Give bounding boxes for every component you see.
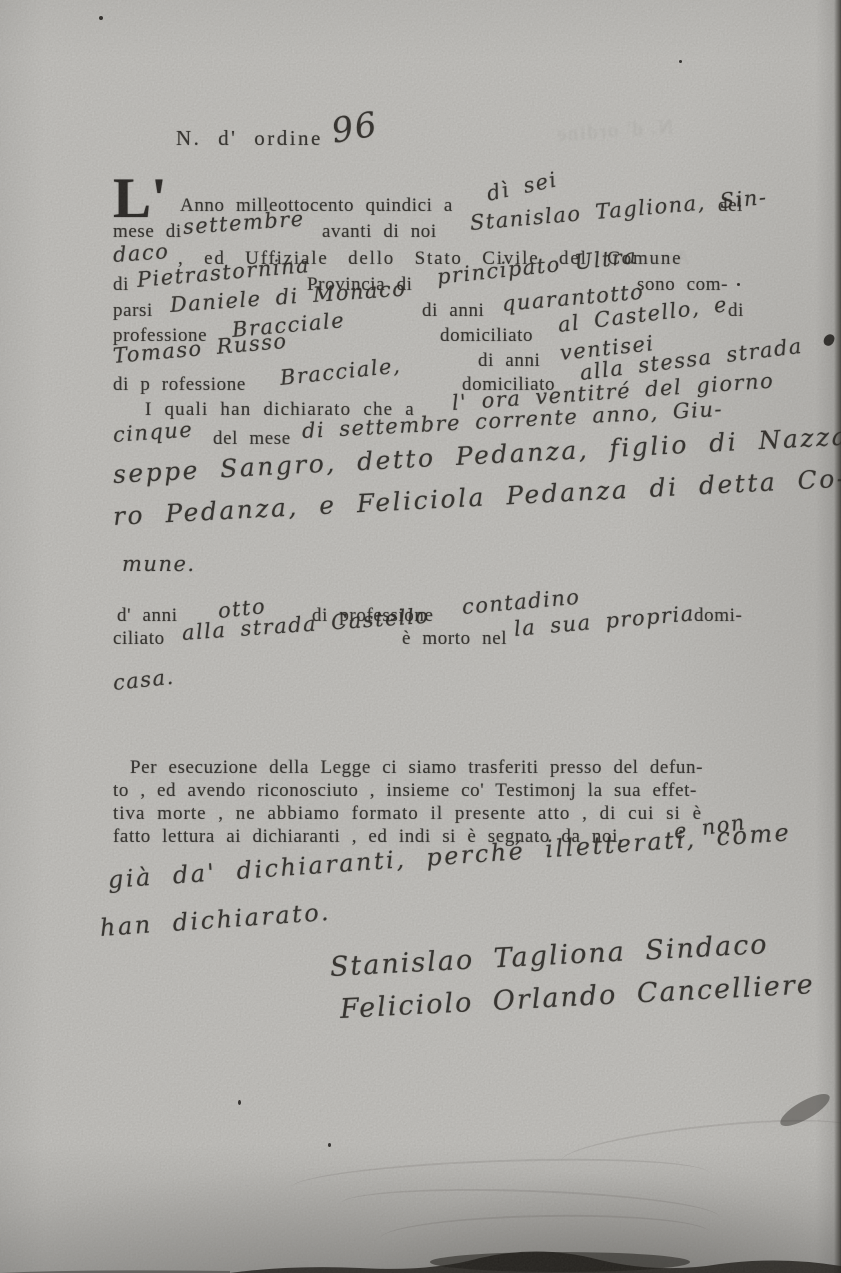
closing-line1-print: Per esecuzione della Legge ci siamo tras… (130, 757, 703, 779)
act-line16-handwritten-casa: casa. (112, 665, 176, 695)
act-line5-print-di: di (728, 300, 744, 322)
page-right-edge-shadow (834, 0, 841, 1273)
bleedthrough-ghost-text: N. d' ordine (554, 116, 673, 147)
act-line8-handwritten-profession2: Bracciale, (279, 353, 402, 390)
act-line14-print-danni: d' anni (117, 605, 178, 627)
act-line10-print-delmese: del mese (213, 428, 291, 450)
act-line13-handwritten-mune: mune. (122, 552, 196, 576)
ink-speck (679, 60, 682, 63)
act-line3-handwritten-daco: daco (112, 239, 170, 267)
act-line10-handwritten-day: cinque (112, 417, 194, 447)
order-number-value-handwritten: 96 (329, 104, 382, 151)
dropcap-initial: L' (113, 170, 167, 227)
act-line4-print-di: di (113, 274, 129, 296)
act-line5-print-dianni: di anni (422, 300, 484, 322)
closing-line3-print: tiva morte , ne abbiamo formato il prese… (113, 803, 702, 825)
act-line6-print-domiciliato: domiciliato (440, 325, 533, 347)
order-number-label: N. d' ordine (176, 126, 323, 151)
ink-speck (99, 16, 103, 20)
ink-speck (328, 1143, 331, 1147)
act-line8-print-professione: di p rofessione (113, 374, 246, 396)
act-line15-print-ciliato: ciliato (113, 628, 165, 650)
act-line14-print-domi: domi- (694, 605, 742, 627)
act-line1-handwritten-day: dì sei (485, 167, 560, 205)
act-line7-print-dianni: di anni (478, 350, 540, 372)
addendum-line2-handwritten: han dichiarato. (99, 898, 332, 942)
act-line5-print-parsi: parsi (113, 300, 153, 322)
ink-speck (238, 1100, 241, 1105)
act-line15-print-morto: è morto nel (402, 628, 507, 650)
ink-speck (737, 283, 740, 286)
scanned-death-record-page: N. d' ordine Anno mill N. d' ordine 96 L… (0, 0, 841, 1273)
closing-line2-print: to , ed avendo riconosciuto , insieme co… (113, 780, 697, 802)
act-line2-print-avanti: avanti di noi (322, 221, 437, 243)
